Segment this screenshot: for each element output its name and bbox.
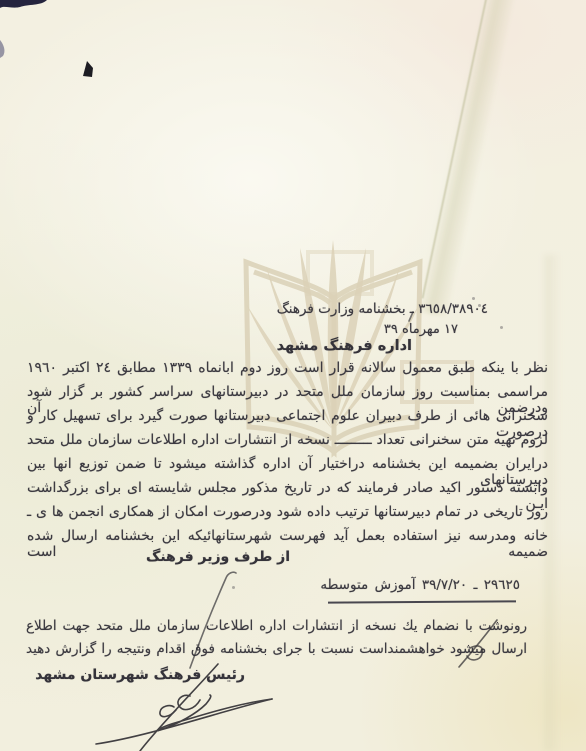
date-line: ١٧ مهرماه ٣٩: [384, 322, 458, 337]
postscript-line: رونوشت با نضمام يك نسخه از انتشارات ادار…: [26, 618, 527, 641]
body-line: لزوم تهيه متن سخنرانى تعداد ـــــــــ نس…: [27, 432, 548, 456]
signoff-minister: از طرف وزير فرهنگ: [146, 549, 290, 565]
letter-body: نظر با ينكه طبق معمول سالانه قرار است رو…: [27, 360, 548, 552]
reference-number-line: ٣٦٥٨/٣٨٩٠٤ ـ بخشنامه وزارت فرهنگ: [277, 301, 488, 317]
body-line: سخنرانى هائى از طرف دبيران علوم اجتماعى …: [27, 408, 548, 432]
body-line: روز تاريخى در تمام دبيرستانها ترتيب داده…: [27, 504, 548, 528]
signature-title: رئيس فرهنگ شهرستان مشهد: [35, 667, 245, 683]
recipient-line: اداره فرهنگ مشهد: [277, 338, 412, 354]
paper-speck: [478, 304, 481, 307]
postscript-line: ارسال ميشود خواهشمنداست نسبت با جراى بخش…: [26, 641, 527, 664]
registry-underline: [328, 600, 516, 603]
paper-speck: [232, 586, 235, 589]
body-line: نظر با ينكه طبق معمول سالانه قرار است رو…: [27, 360, 548, 384]
postscript-note: رونوشت با نضمام يك نسخه از انتشارات ادار…: [26, 618, 527, 664]
ink-blot: [83, 61, 93, 77]
paper-crease-band: [417, 0, 515, 317]
paper-speck: [472, 297, 475, 300]
body-line: وابسته دستور اكيد صادر فرمايند كه در تار…: [27, 480, 548, 504]
registry-number-line: ٢٩٦٢٥ ـ ٣٩/٧/٢٠ آموزش متوسطه: [320, 577, 520, 593]
scanned-letter-page: ٣٦٥٨/٣٨٩٠٤ ـ بخشنامه وزارت فرهنگ ١٧ مهرم…: [0, 0, 586, 751]
body-line: درايران بضميمه اين بخشنامه دراختيار آن ا…: [27, 456, 548, 480]
body-line: مراسمى بمناسبت روز سازمان ملل متحد در دب…: [27, 384, 548, 408]
corner-scan-mark: [0, 0, 47, 8]
paper-speck: [500, 326, 503, 329]
